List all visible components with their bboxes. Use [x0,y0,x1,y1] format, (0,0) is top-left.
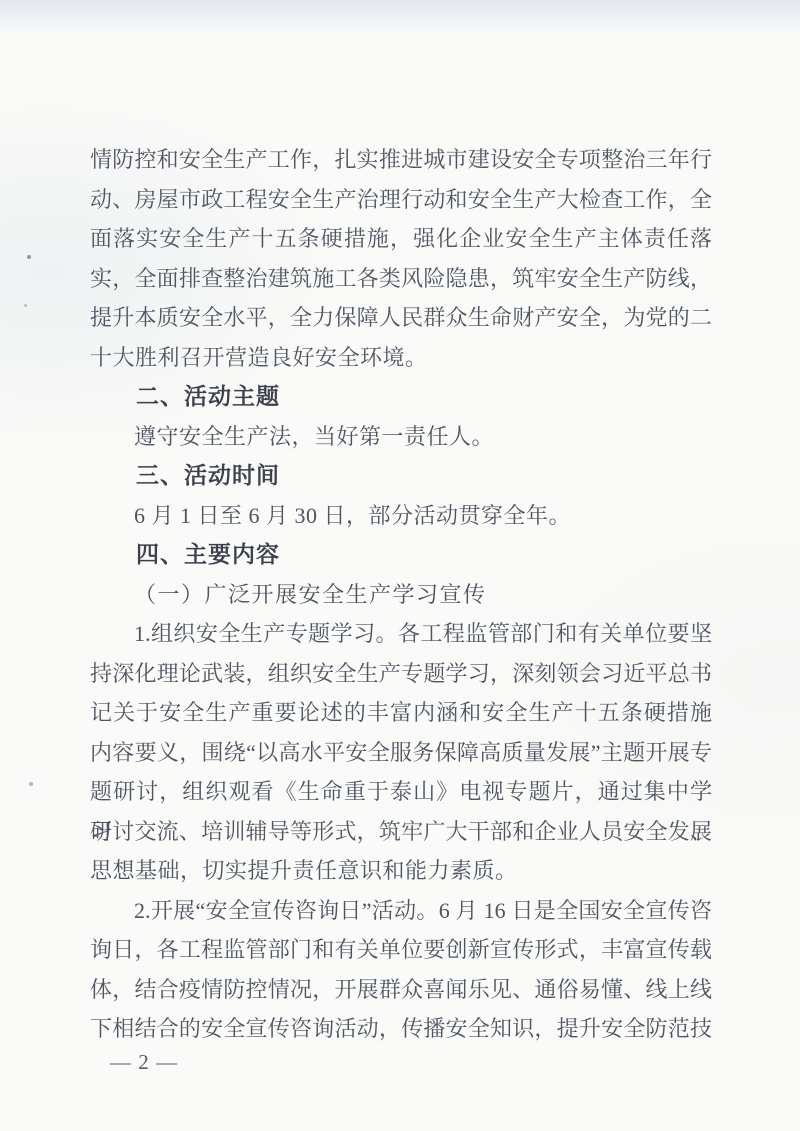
scan-speck [27,255,31,259]
body-line: 提升本质安全水平，全力保障人民群众生命财产安全，为党的二 [90,298,712,338]
section-heading-activity-time: 三、活动时间 [90,456,712,496]
body-line: 内容要义，围绕“以高水平安全服务保障高质量发展”主题开展专 [90,733,712,773]
body-line: 持深化理论武装，组织安全生产专题学习，深刻领会习近平总书 [90,654,712,694]
paragraph-start-line: 2.开展“安全宣传咨询日”活动。6 月 16 日是全国安全宣传咨 [90,891,712,931]
body-line: 询日，各工程监管部门和有关单位要创新宣传形式，丰富宣传载 [90,930,712,970]
subsection-heading-1: （一）广泛开展安全生产学习宣传 [90,575,712,615]
body-line: 体，结合疫情防控情况，开展群众喜闻乐见、通俗易懂、线上线 [90,970,712,1010]
scan-speck [24,304,27,307]
paragraph-start-line: 1.组织安全生产专题学习。各工程监管部门和有关单位要坚 [90,614,712,654]
document-body: 情防控和安全生产工作，扎实推进城市建设安全专项整治三年行 动、房屋市政工程安全生… [90,140,712,1049]
body-line: 研讨交流、培训辅导等形式，筑牢广大干部和企业人员安全发展 [90,812,712,852]
body-line: 十大胜利召开营造良好安全环境。 [90,338,712,378]
body-line: 思想基础，切实提升责任意识和能力素质。 [90,851,712,891]
scan-speck [29,782,33,786]
scan-edge-band [0,0,800,34]
body-line: 实，全面排查整治建筑施工各类风险隐患，筑牢安全生产防线， [90,259,712,299]
body-line: 面落实安全生产十五条硬措施，强化企业安全生产主体责任落 [90,219,712,259]
page-number: — 2 — [110,1050,178,1075]
scanned-document-page: 情防控和安全生产工作，扎实推进城市建设安全专项整治三年行 动、房屋市政工程安全生… [0,0,800,1131]
body-line: 下相结合的安全宣传咨询活动，传播安全知识，提升安全防范技 [90,1009,712,1049]
section-heading-activity-theme: 二、活动主题 [90,377,712,417]
body-line: 遵守安全生产法，当好第一责任人。 [90,417,712,457]
body-line: 记关于安全生产重要论述的丰富内涵和安全生产十五条硬措施 [90,693,712,733]
body-line: 情防控和安全生产工作，扎实推进城市建设安全专项整治三年行 [90,140,712,180]
body-line: 6 月 1 日至 6 月 30 日，部分活动贯穿全年。 [90,496,712,536]
section-heading-main-content: 四、主要内容 [90,535,712,575]
body-line: 题研讨，组织观看《生命重于泰山》电视专题片，通过集中学习、 [90,772,712,812]
body-line: 动、房屋市政工程安全生产治理行动和安全生产大检查工作，全 [90,180,712,220]
